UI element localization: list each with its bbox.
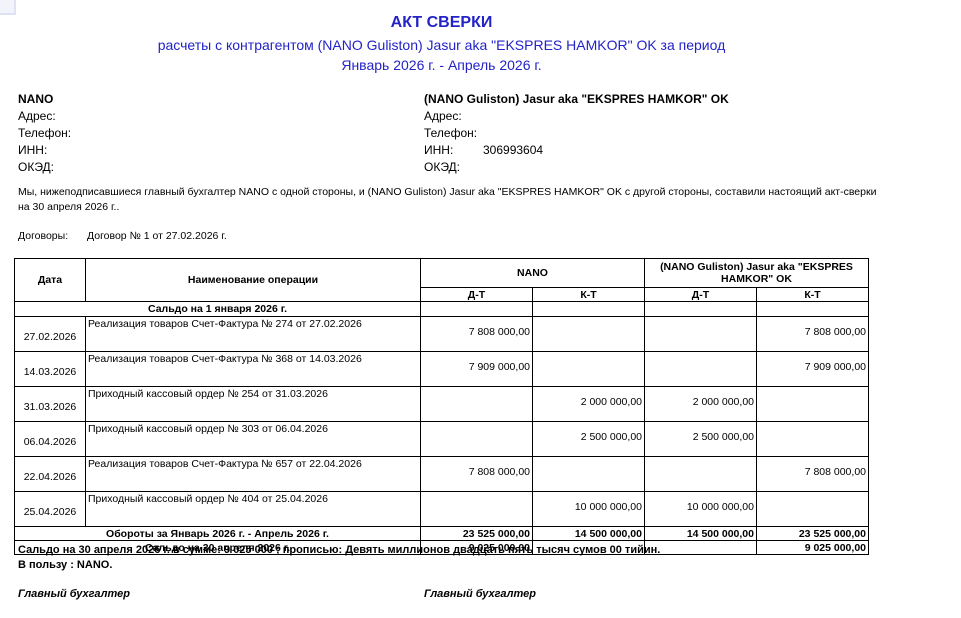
opening-p2-credit (757, 302, 869, 317)
party-field-inn: ИНН:306993604 (424, 142, 729, 159)
row-date: 14.03.2026 (15, 352, 86, 387)
opening-p2-debit (645, 302, 757, 317)
row-p2-credit: 7 909 000,00 (757, 352, 869, 387)
party-field-inn: ИНН: (18, 142, 77, 159)
turnover-p1-debit: 23 525 000,00 (421, 527, 533, 541)
turnover-label: Обороты за Январь 2026 г. - Апрель 2026 … (15, 527, 421, 541)
window-corner-box (0, 0, 16, 15)
field-label: Адрес: (424, 108, 483, 125)
row-p2-credit: 7 808 000,00 (757, 457, 869, 492)
col-header-party1: NANO (421, 259, 645, 288)
field-label: Телефон: (424, 125, 483, 142)
row-p1-credit: 2 500 000,00 (533, 422, 645, 457)
col-header-operation: Наименование операции (86, 259, 421, 302)
party-field-address: Адрес: (424, 108, 729, 125)
row-p1-debit (421, 422, 533, 457)
col-header-p1-debit: Д-Т (421, 288, 533, 302)
document-subtitle: расчеты с контрагентом (NANO Guliston) J… (0, 37, 883, 53)
opening-p1-credit (533, 302, 645, 317)
row-p2-debit: 2 000 000,00 (645, 387, 757, 422)
signature-left: Главный бухгалтер (18, 588, 130, 600)
field-label: Адрес: (18, 108, 77, 125)
party-name: NANO (18, 91, 77, 108)
row-p1-credit (533, 457, 645, 492)
party-right: (NANO Guliston) Jasur aka "EKSPRES HAMKO… (424, 91, 729, 176)
row-operation: Реализация товаров Счет-Фактура № 368 от… (86, 352, 421, 387)
row-p2-debit (645, 457, 757, 492)
table-row: 31.03.2026Приходный кассовый ордер № 254… (15, 387, 869, 422)
contracts-line: Договоры:Договор № 1 от 27.02.2026 г. (18, 230, 227, 242)
reconciliation-table: Дата Наименование операции NANO (NANO Gu… (14, 258, 869, 555)
row-operation: Реализация товаров Счет-Фактура № 657 от… (86, 457, 421, 492)
field-label: ОКЭД: (18, 159, 77, 176)
field-label: ОКЭД: (424, 159, 483, 176)
row-operation: Приходный кассовый ордер № 254 от 31.03.… (86, 387, 421, 422)
row-p2-credit: 7 808 000,00 (757, 317, 869, 352)
balance-in-favor: В пользу : NANO. (18, 558, 660, 573)
row-p1-debit: 7 909 000,00 (421, 352, 533, 387)
row-operation: Приходный кассовый ордер № 303 от 06.04.… (86, 422, 421, 457)
row-date: 31.03.2026 (15, 387, 86, 422)
row-p2-debit: 10 000 000,00 (645, 492, 757, 527)
row-p1-credit: 10 000 000,00 (533, 492, 645, 527)
party-field-oked: ОКЭД: (424, 159, 729, 176)
col-header-p2-debit: Д-Т (645, 288, 757, 302)
row-date: 22.04.2026 (15, 457, 86, 492)
row-p2-credit (757, 422, 869, 457)
opening-balance-row: Сальдо на 1 января 2026 г. (15, 302, 869, 317)
turnover-p2-debit: 14 500 000,00 (645, 527, 757, 541)
field-label: ИНН: (424, 142, 483, 159)
row-operation: Приходный кассовый ордер № 404 от 25.04.… (86, 492, 421, 527)
row-p2-debit (645, 317, 757, 352)
signature-right: Главный бухгалтер (424, 588, 536, 600)
turnover-p1-credit: 14 500 000,00 (533, 527, 645, 541)
row-p2-debit: 2 500 000,00 (645, 422, 757, 457)
row-p1-credit: 2 000 000,00 (533, 387, 645, 422)
party-field-oked: ОКЭД: (18, 159, 77, 176)
row-p2-credit (757, 492, 869, 527)
party-field-address: Адрес: (18, 108, 77, 125)
turnover-row: Обороты за Январь 2026 г. - Апрель 2026 … (15, 527, 869, 541)
row-p2-credit (757, 387, 869, 422)
turnover-p2-credit: 23 525 000,00 (757, 527, 869, 541)
row-p1-debit: 7 808 000,00 (421, 457, 533, 492)
table-row: 27.02.2026Реализация товаров Счет-Фактур… (15, 317, 869, 352)
field-label: ИНН: (18, 142, 77, 159)
field-label: Телефон: (18, 125, 77, 142)
closing-p2-debit (645, 541, 757, 555)
table-row: 14.03.2026Реализация товаров Счет-Фактур… (15, 352, 869, 387)
col-header-party2: (NANO Guliston) Jasur aka "EKSPRES HAMKO… (645, 259, 869, 288)
table-row: 06.04.2026Приходный кассовый ордер № 303… (15, 422, 869, 457)
balance-summary-text: Сальдо на 30 апреля 2026 г. в сумме: 9 0… (18, 543, 660, 558)
opening-balance-label: Сальдо на 1 января 2026 г. (15, 302, 421, 317)
balance-summary: Сальдо на 30 апреля 2026 г. в сумме: 9 0… (18, 543, 660, 573)
party-field-phone: Телефон: (424, 125, 729, 142)
intro-paragraph: Мы, нижеподписавшиеся главный бухгалтер … (18, 185, 878, 215)
row-p1-debit: 7 808 000,00 (421, 317, 533, 352)
col-header-p2-credit: К-Т (757, 288, 869, 302)
opening-p1-debit (421, 302, 533, 317)
row-p1-debit (421, 492, 533, 527)
row-p1-credit (533, 352, 645, 387)
col-header-date: Дата (15, 259, 86, 302)
row-date: 06.04.2026 (15, 422, 86, 457)
party-name: (NANO Guliston) Jasur aka "EKSPRES HAMKO… (424, 91, 729, 108)
col-header-p1-credit: К-Т (533, 288, 645, 302)
contracts-value: Договор № 1 от 27.02.2026 г. (87, 230, 227, 242)
row-operation: Реализация товаров Счет-Фактура № 274 от… (86, 317, 421, 352)
closing-p2-credit: 9 025 000,00 (757, 541, 869, 555)
row-p2-debit (645, 352, 757, 387)
party-left: NANO Адрес: Телефон: ИНН: ОКЭД: (18, 91, 77, 176)
party-field-phone: Телефон: (18, 125, 77, 142)
table-row: 25.04.2026Приходный кассовый ордер № 404… (15, 492, 869, 527)
field-value: 306993604 (483, 142, 543, 159)
row-date: 27.02.2026 (15, 317, 86, 352)
table-row: 22.04.2026Реализация товаров Счет-Фактур… (15, 457, 869, 492)
row-p1-debit (421, 387, 533, 422)
document-title: АКТ СВЕРКИ (0, 14, 883, 32)
contracts-label: Договоры: (18, 230, 87, 242)
row-p1-credit (533, 317, 645, 352)
row-date: 25.04.2026 (15, 492, 86, 527)
document-period: Январь 2026 г. - Апрель 2026 г. (0, 57, 883, 73)
